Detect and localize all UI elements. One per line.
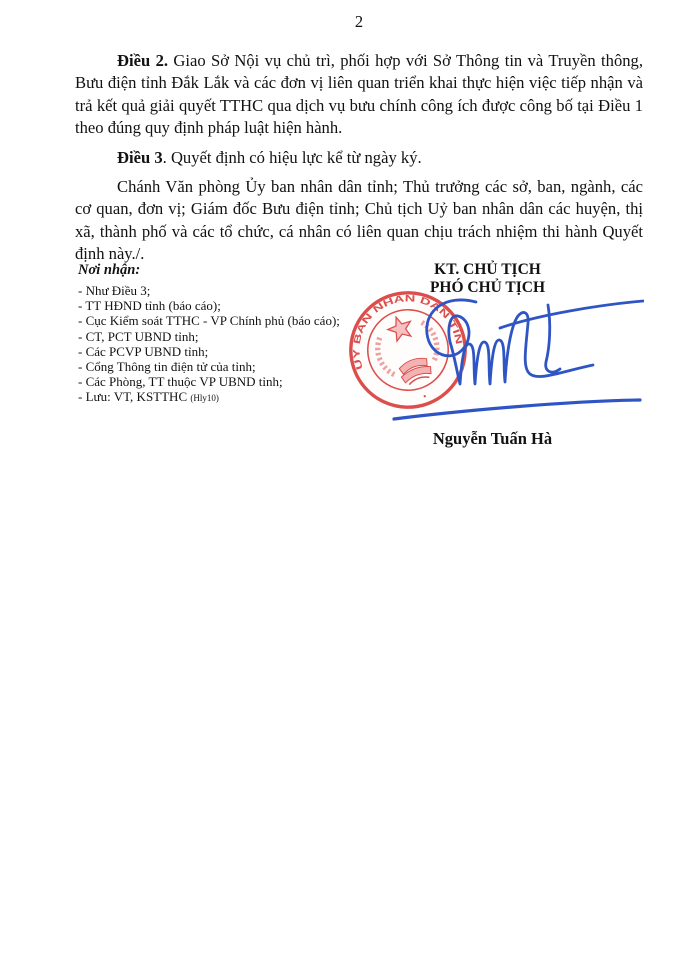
recipient-item: - Cổng Thông tin điện tử của tỉnh; [78,359,358,374]
handwritten-signature-icon [388,292,644,428]
article-3-lead: Điều 3 [117,148,163,167]
article-2-lead: Điều 2. [117,51,168,70]
recipient-item-archive: - Lưu: VT, KSTTHC (Hly10) [78,389,358,406]
document-page: 2 Điều 2. Giao Sở Nội vụ chủ trì, phối h… [0,0,685,973]
article-2-paragraph: Điều 2. Giao Sở Nội vụ chủ trì, phối hợp… [75,50,643,140]
recipient-item: - Như Điều 3; [78,283,358,298]
responsibility-paragraph: Chánh Văn phòng Ủy ban nhân dân tỉnh; Th… [75,176,643,266]
archive-text: - Lưu: VT, KSTTHC [78,389,190,404]
signer-title-line1: KT. CHỦ TỊCH [365,261,610,279]
page-number: 2 [75,12,643,32]
recipients-block: Nơi nhận: - Như Điều 3; - TT HĐND tỉnh (… [78,262,358,407]
recipient-item: - Các PCVP UBND tỉnh; [78,344,358,359]
recipient-item: - TT HĐND tỉnh (báo cáo); [78,298,358,313]
recipients-heading: Nơi nhận: [78,262,358,279]
recipient-item: - CT, PCT UBND tỉnh; [78,329,358,344]
document-body: Điều 2. Giao Sở Nội vụ chủ trì, phối hợp… [75,50,643,273]
article-3-text: . Quyết định có hiệu lực kể từ ngày ký. [163,148,422,167]
responsibility-text: Chánh Văn phòng Ủy ban nhân dân tỉnh; Th… [75,177,643,263]
archive-note: (Hly10) [190,393,219,403]
recipient-item: - Các Phòng, TT thuộc VP UBND tỉnh; [78,374,358,389]
signature-underline [394,400,640,419]
recipient-item: - Cục Kiểm soát TTHC - VP Chính phủ (báo… [78,313,358,328]
article-3-paragraph: Điều 3. Quyết định có hiệu lực kể từ ngà… [75,147,643,169]
signer-name: Nguyễn Tuấn Hà [370,429,615,449]
